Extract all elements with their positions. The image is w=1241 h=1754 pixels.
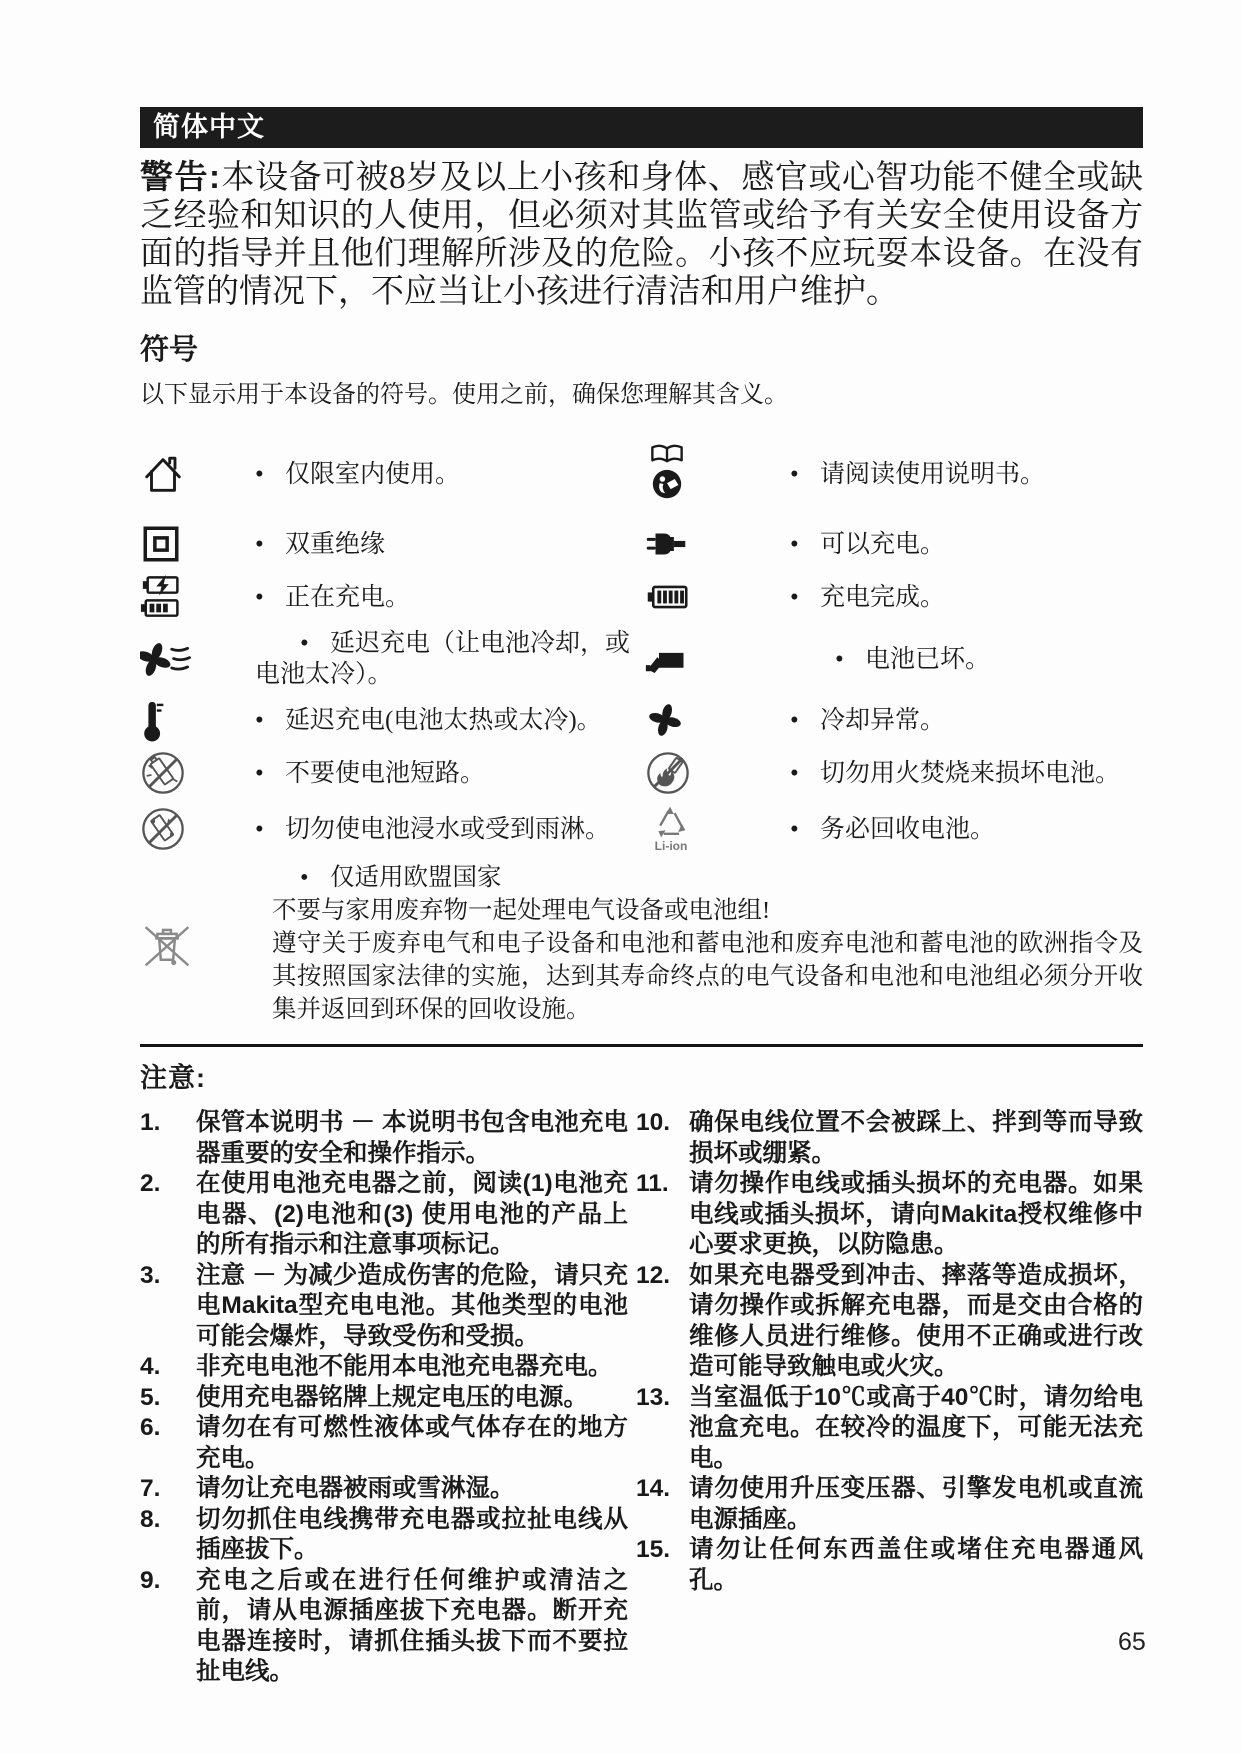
- symbol-label: •切勿用火焚烧来损坏电池。: [790, 758, 1143, 789]
- bullet: •: [255, 582, 285, 613]
- warning-text: 本设备可被8岁及以上小孩和身体、感官或心智功能不健全或缺乏经验和知识的人使用，但…: [140, 160, 1143, 310]
- language-header: 简体中文: [140, 107, 1143, 148]
- notice-item: 15.请勿让任何东西盖住或堵住充电器通风孔。: [636, 1535, 1143, 1596]
- fan-icon: [645, 700, 790, 740]
- bullet: •: [300, 628, 330, 659]
- symbol-label: •冷却异常。: [790, 705, 1143, 736]
- notice-item: 14.请勿使用升压变压器、引擎发电机或直流电源插座。: [636, 1474, 1143, 1535]
- warning-paragraph: 警告:本设备可被8岁及以上小孩和身体、感官或心智功能不健全或缺乏经验和知识的人使…: [140, 158, 1143, 311]
- symbols-table: •仅限室内使用。 •请阅读使用说明书。 •双重绝缘 •可以充电。 •正在充电。: [140, 431, 1143, 857]
- no-short-circuit-icon: [140, 750, 255, 796]
- symbol-label: •延迟充电（让电池冷却，或电池太冷）。: [255, 628, 645, 690]
- symbol-label: •不要使电池短路。: [255, 758, 645, 789]
- notice-column-right: 10.确保电线位置不会被踩上、拌到等而导致损坏或绷紧。 11.请勿操作电线或插头…: [636, 1108, 1143, 1688]
- bullet: •: [790, 758, 820, 789]
- symbol-label: •双重绝缘: [255, 529, 645, 560]
- notice-item: 9.充电之后或在进行任何维护或清洁之前，请从电源插座拔下充电器。断开充电器连接时…: [140, 1566, 628, 1688]
- weee-bin-icon: [140, 861, 255, 1026]
- eu-note-text: •仅适用欧盟国家 不要与家用废弃物一起处理电气设备或电池组! 遵守关于废弃电气和…: [255, 861, 1143, 1026]
- notice-item: 1.保管本说明书 － 本说明书包含电池充电器重要的安全和操作指示。: [140, 1108, 628, 1169]
- bullet: •: [255, 758, 285, 789]
- bullet: •: [790, 529, 820, 560]
- notice-item: 4.非充电电池不能用本电池充电器充电。: [140, 1352, 628, 1383]
- notice-item: 2.在使用电池充电器之前，阅读(1)电池充电器、(2)电池和(3) 使用电池的产…: [140, 1169, 628, 1261]
- notice-item: 8.切勿抓住电线携带充电器或拉扯电线从插座拔下。: [140, 1505, 628, 1566]
- bullet: •: [255, 529, 285, 560]
- symbol-row: •双重绝缘 •可以充电。: [140, 517, 1143, 571]
- eu-note-row: •仅适用欧盟国家 不要与家用废弃物一起处理电气设备或电池组! 遵守关于废弃电气和…: [140, 861, 1143, 1026]
- page-content: 简体中文 警告:本设备可被8岁及以上小孩和身体、感官或心智功能不健全或缺乏经验和…: [140, 0, 1143, 1688]
- symbol-row: •不要使电池短路。 •切勿用火焚烧来损坏电池。: [140, 745, 1143, 801]
- notice-item: 13.当室温低于10℃或高于40℃时，请勿给电池盒充电。在较冷的温度下，可能无法…: [636, 1383, 1143, 1475]
- li-ion-label: Li-ion: [655, 839, 688, 853]
- notice-item: 5.使用充电器铭牌上规定电压的电源。: [140, 1383, 628, 1414]
- notice-heading: 注意:: [140, 1056, 1143, 1095]
- bullet: •: [255, 705, 285, 736]
- no-water-icon: [140, 806, 255, 852]
- notice-item: 11.请勿操作电线或插头损坏的充电器。如果电线或插头损坏，请向Makita授权维…: [636, 1169, 1143, 1261]
- bullet: •: [790, 582, 820, 613]
- symbol-label: •电池已坏。: [790, 644, 1143, 675]
- plug-icon: [645, 530, 790, 558]
- symbol-row: •切勿使电池浸水或受到雨淋。 Li-ion •务必回收电池。: [140, 801, 1143, 857]
- warning-label: 警告:: [140, 158, 221, 195]
- battery-full-icon: [645, 584, 790, 610]
- symbol-label: •务必回收电池。: [790, 814, 1143, 845]
- notice-item: 12.如果充电器受到冲击、摔落等造成损坏，请勿操作或拆解充电器，而是交由合格的维…: [636, 1261, 1143, 1383]
- indoor-use-icon: [140, 451, 255, 497]
- bullet: •: [255, 814, 285, 845]
- bullet: •: [835, 644, 865, 675]
- symbols-intro: 以下显示用于本设备的符号。使用之前，确保您理解其含义。: [140, 374, 1143, 409]
- symbol-label: •仅限室内使用。: [255, 459, 645, 490]
- symbol-label: •充电完成。: [790, 582, 1143, 613]
- notice-column-left: 1.保管本说明书 － 本说明书包含电池充电器重要的安全和操作指示。 2.在使用电…: [140, 1108, 628, 1688]
- symbol-label: •正在充电。: [255, 582, 645, 613]
- eu-note-line3: 遵守关于废弃电气和电子设备和电池和蓄电池和废弃电池和蓄电池的欧洲指令及其按照国家…: [272, 927, 1143, 1026]
- symbol-label: •可以充电。: [790, 529, 1143, 560]
- notice-item: 10.确保电线位置不会被踩上、拌到等而导致损坏或绷紧。: [636, 1108, 1143, 1169]
- eu-note-line1: •仅适用欧盟国家: [255, 861, 1143, 894]
- symbol-row: •延迟充电(电池太热或太冷)。 •冷却异常。: [140, 695, 1143, 745]
- notice-item: 7.请勿让充电器被雨或雪淋湿。: [140, 1474, 628, 1505]
- fan-cooling-icon: [140, 637, 255, 682]
- symbol-row: •延迟充电（让电池冷却，或电池太冷）。 •电池已坏。: [140, 623, 1143, 695]
- bullet: •: [790, 814, 820, 845]
- li-ion-recycle-icon: Li-ion: [645, 805, 790, 853]
- notice-list: 1.保管本说明书 － 本说明书包含电池充电器重要的安全和操作指示。 2.在使用电…: [140, 1108, 1143, 1688]
- symbol-label: •请阅读使用说明书。: [790, 459, 1143, 490]
- symbols-heading: 符号: [140, 327, 1143, 368]
- symbol-label: •切勿使电池浸水或受到雨淋。: [255, 814, 645, 845]
- section-divider: [140, 1044, 1143, 1047]
- symbol-label: •延迟充电(电池太热或太冷)。: [255, 705, 645, 736]
- double-insulation-icon: [140, 523, 255, 565]
- bullet: •: [790, 705, 820, 736]
- battery-charging-icon: [140, 574, 255, 620]
- notice-item: 3.注意 － 为减少造成伤害的危险，请只充电Makita型充电电池。其他类型的电…: [140, 1261, 628, 1353]
- no-fire-icon: [645, 750, 790, 796]
- bullet: •: [790, 459, 820, 490]
- notice-item: 6.请勿在有可燃性液体或气体存在的地方充电。: [140, 1413, 628, 1474]
- bullet: •: [255, 459, 285, 490]
- battery-damaged-icon: [645, 644, 790, 674]
- thermometer-icon: [140, 698, 255, 743]
- page-number: 65: [1118, 1628, 1146, 1657]
- bullet: •: [300, 861, 330, 894]
- eu-note-line2: 不要与家用废弃物一起处理电气设备或电池组!: [272, 894, 1143, 927]
- read-manual-icon: [645, 442, 790, 506]
- symbol-row: •正在充电。 •充电完成。: [140, 571, 1143, 623]
- symbol-row: •仅限室内使用。 •请阅读使用说明书。: [140, 431, 1143, 517]
